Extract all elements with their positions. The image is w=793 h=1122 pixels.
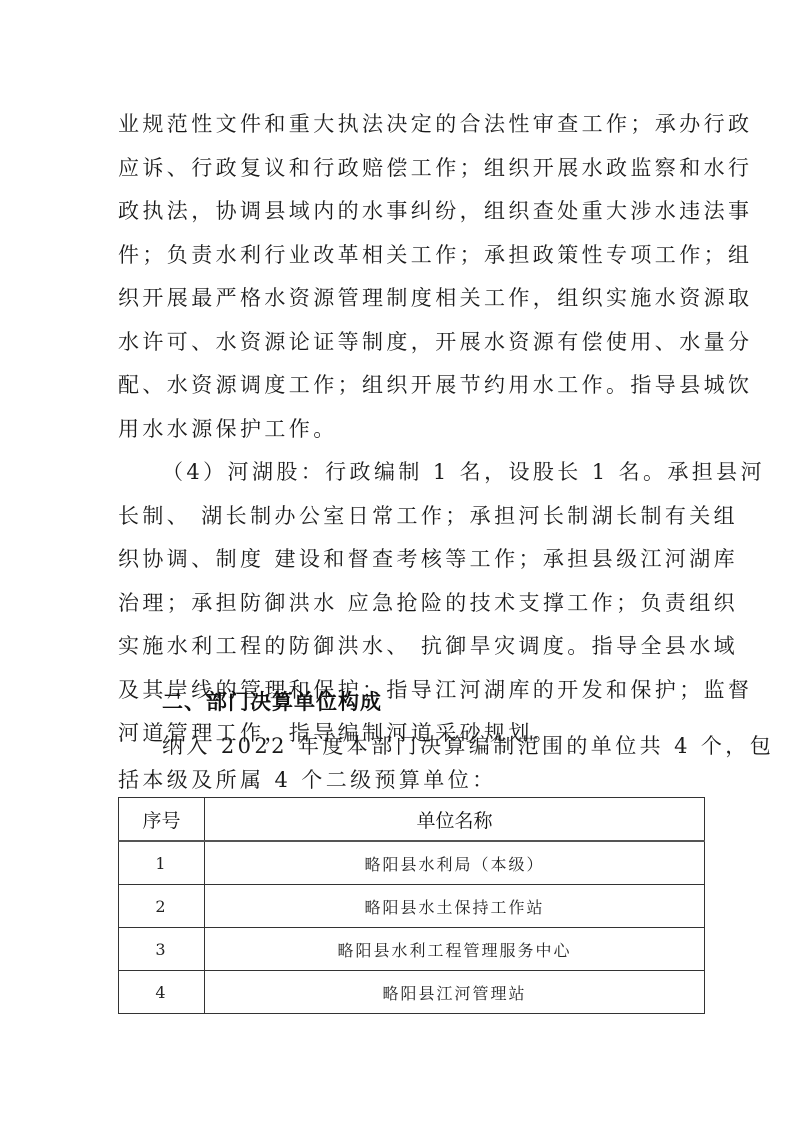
paragraph-line: 实施水利工程的防御洪水、 抗御旱灾调度。指导全县水域 [118, 632, 708, 660]
paragraph-line: 治理；承担防御洪水 应急抢险的技术支撑工作；负责组织 [118, 589, 708, 617]
intro-line: 括本级及所属 4 个二级预算单位： [118, 766, 708, 794]
paragraph-line: 政执法，协调县域内的水事纠纷，组织查处重大涉水违法事 [118, 197, 708, 225]
document-page: 业规范性文件和重大执法决定的合法性审查工作；承办行政 应诉、行政复议和行政赔偿工… [0, 0, 793, 1122]
paragraph-line: 织协调、制度 建设和督查考核等工作；承担县级江河湖库 [118, 545, 708, 573]
paragraph-line: 件；负责水利行业改革相关工作；承担政策性专项工作；组 [118, 241, 708, 269]
table-row: 1 略阳县水利局（本级） [119, 841, 705, 885]
cell-unit-name: 略阳县江河管理站 [205, 971, 705, 1014]
header-unit-name: 单位名称 [205, 798, 705, 842]
cell-unit-name: 略阳县水土保持工作站 [205, 885, 705, 928]
table-row: 4 略阳县江河管理站 [119, 971, 705, 1014]
cell-index: 3 [119, 928, 205, 971]
table-row: 3 略阳县水利工程管理服务中心 [119, 928, 705, 971]
section-heading: 二、部门决算单位构成 [162, 688, 382, 716]
header-index: 序号 [119, 798, 205, 842]
cell-index: 4 [119, 971, 205, 1014]
paragraph-line: 水许可、水资源论证等制度，开展水资源有偿使用、水量分 [118, 328, 708, 356]
paragraph-line: （4）河湖股：行政编制 1 名，设股长 1 名。承担县河 [162, 458, 752, 486]
cell-index: 1 [119, 841, 205, 885]
cell-unit-name: 略阳县水利工程管理服务中心 [205, 928, 705, 971]
cell-index: 2 [119, 885, 205, 928]
paragraph-line: 长制、 湖长制办公室日常工作；承担河长制湖长制有关组 [118, 502, 708, 530]
paragraph-line: 业规范性文件和重大执法决定的合法性审查工作；承办行政 [118, 110, 708, 138]
paragraph-line: 应诉、行政复议和行政赔偿工作；组织开展水政监察和水行 [118, 154, 708, 182]
paragraph-line: 配、水资源调度工作；组织开展节约用水工作。指导县城饮 [118, 371, 708, 399]
table-row: 2 略阳县水土保持工作站 [119, 885, 705, 928]
cell-unit-name: 略阳县水利局（本级） [205, 841, 705, 885]
intro-line: 纳入 2022 年度本部门决算编制范围的单位共 4 个，包 [162, 732, 752, 760]
budget-units-table: 序号 单位名称 1 略阳县水利局（本级） 2 略阳县水土保持工作站 3 略阳县水… [118, 797, 705, 1014]
paragraph-line: 用水水源保护工作。 [118, 415, 708, 443]
table-header-row: 序号 单位名称 [119, 798, 705, 842]
paragraph-line: 织开展最严格水资源管理制度相关工作，组织实施水资源取 [118, 284, 708, 312]
